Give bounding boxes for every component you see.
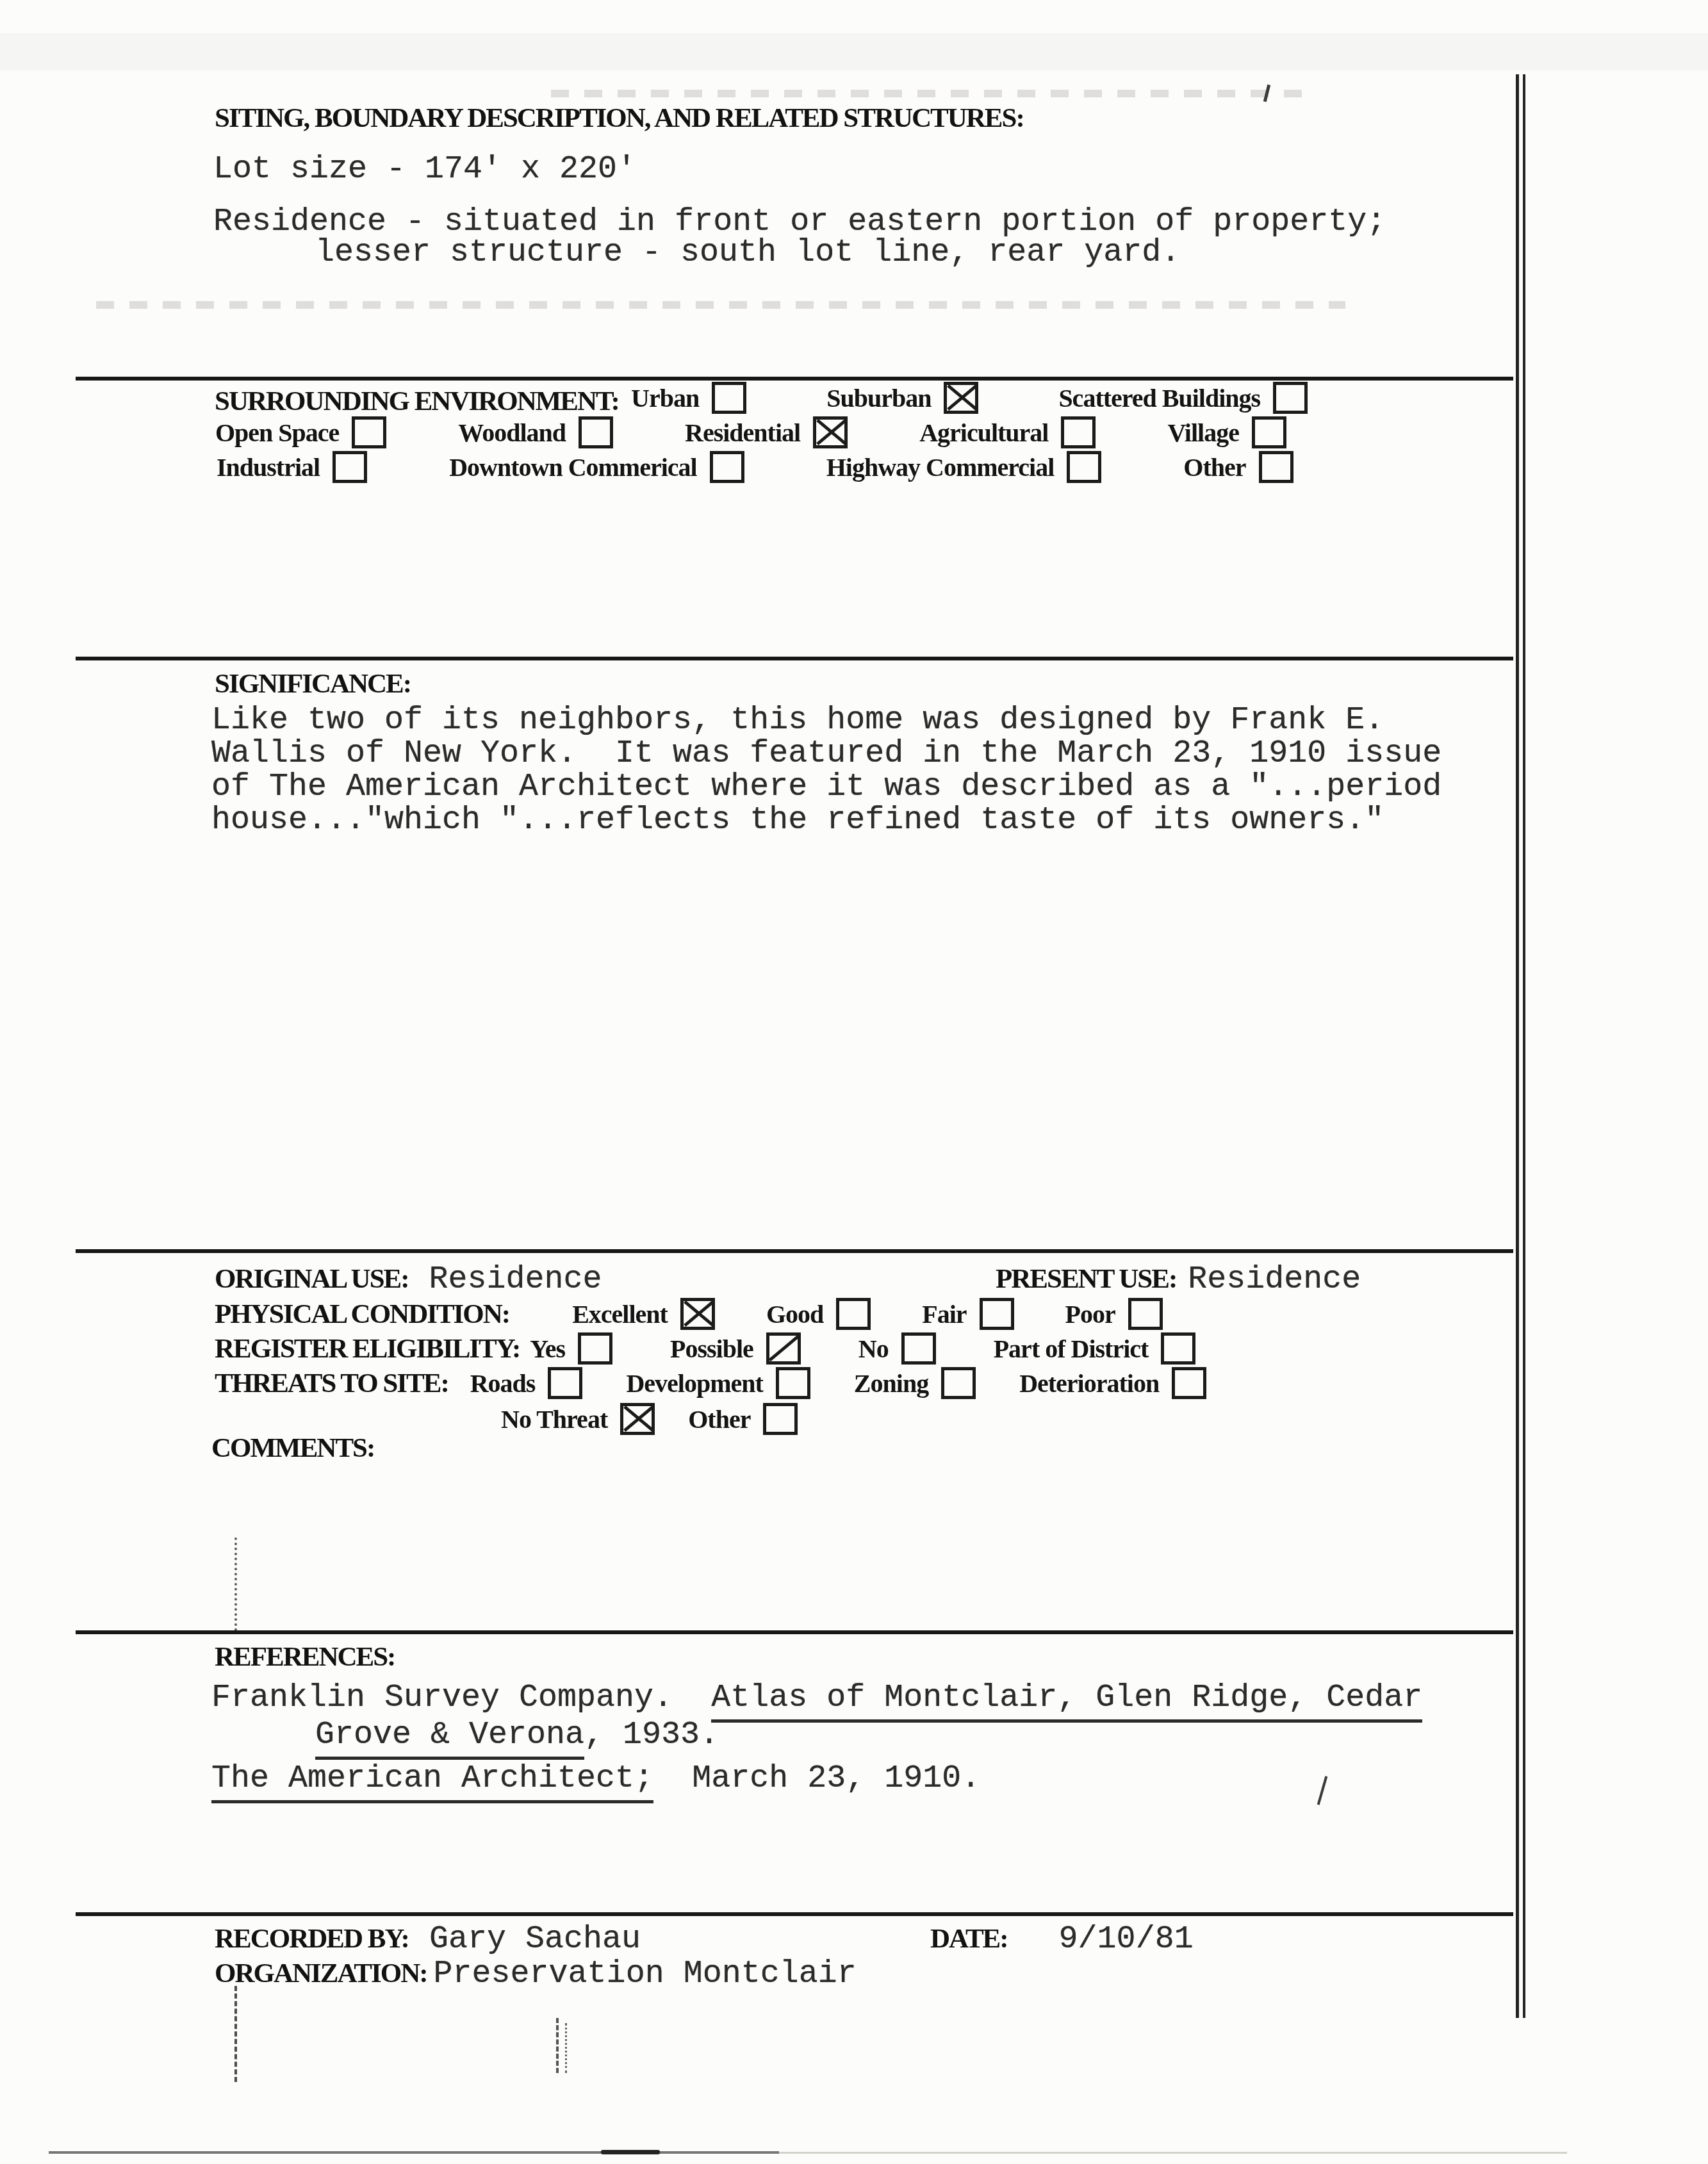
residence-entry-line1: Residence - situated in front or eastern…: [213, 206, 1386, 238]
scan-smudge: [551, 90, 1307, 97]
checkbox-option: Other: [688, 1403, 798, 1435]
checkbox-option: Village: [1167, 416, 1286, 448]
page-bottom-edge-blob: [601, 2150, 660, 2154]
checkbox-option: Open Space: [215, 416, 386, 448]
checkbox-option: Fair: [922, 1298, 1014, 1330]
reference-title-underlined: The American Architect;: [211, 1760, 653, 1803]
physical-condition-row: PHYSICAL CONDITION: ExcellentGoodFairPoo…: [215, 1298, 1163, 1330]
present-use-group: PRESENT USE: Residence: [996, 1263, 1361, 1296]
horizontal-rule: [76, 1630, 1513, 1634]
organization-label: ORGANIZATION:: [215, 1958, 427, 1989]
checkbox-option: Residential: [685, 416, 848, 448]
checkbox-option-label: Village: [1167, 418, 1239, 448]
reference-entry-2: The American Architect; March 23, 1910.: [211, 1763, 980, 1795]
checkbox-option: Suburban: [826, 382, 978, 414]
checkbox-checked[interactable]: [813, 416, 848, 448]
page-bottom-edge-faint: [779, 2152, 1567, 2154]
date-label: DATE:: [930, 1923, 1008, 1955]
checkbox-option-label: Agricultural: [919, 418, 1048, 448]
checkbox-option-label: Part of District: [994, 1334, 1149, 1364]
physical-condition-options: ExcellentGoodFairPoor: [572, 1298, 1163, 1330]
checkbox-unchecked[interactable]: [1259, 451, 1293, 483]
checkbox-option: Highway Commercial: [826, 451, 1102, 483]
organization-value: Preservation Montclair: [434, 1958, 857, 1990]
checkbox-checked[interactable]: [944, 382, 978, 414]
date-group: DATE: 9/10/81: [930, 1923, 1194, 1956]
checkbox-unchecked[interactable]: [776, 1367, 810, 1399]
checkbox-option-label: Roads: [470, 1368, 536, 1398]
checkbox-checked[interactable]: [680, 1298, 715, 1330]
scan-noise-band: [0, 33, 1708, 70]
checkbox-unchecked[interactable]: [836, 1298, 871, 1330]
checkbox-option-label: Excellent: [572, 1299, 668, 1329]
scan-artifact-dotted-line: [234, 1537, 237, 1631]
checkbox-option: No Threat: [501, 1403, 655, 1435]
checkbox-unchecked[interactable]: [333, 451, 367, 483]
siting-section-heading: SITING, BOUNDARY DESCRIPTION, AND RELATE…: [215, 102, 1024, 134]
checkbox-option-label: Possible: [670, 1334, 753, 1364]
checkbox-option-label: Development: [626, 1368, 762, 1398]
checkbox-unchecked[interactable]: [1161, 1332, 1195, 1365]
checkbox-option-label: Deterioration: [1019, 1368, 1159, 1398]
surrounding-row-2: Open SpaceWoodlandResidentialAgricultura…: [215, 416, 1286, 448]
checkbox-option: Poor: [1065, 1298, 1163, 1330]
reference-author: Franklin Survey Company.: [211, 1680, 711, 1716]
checkbox-option-label: No: [858, 1334, 889, 1364]
checkbox-option: Zoning: [854, 1367, 976, 1399]
checkbox-option: Good: [766, 1298, 871, 1330]
comments-label: COMMENTS:: [211, 1432, 374, 1464]
scan-artifact-dotted-line: [565, 2023, 567, 2073]
threats-to-site-label: THREATS TO SITE:: [215, 1368, 448, 1399]
significance-line: of The American Architect where it was d…: [211, 771, 1441, 803]
checkbox-option-label: Fair: [922, 1299, 966, 1329]
register-eligibility-label: REGISTER ELIGIBILITY:: [215, 1333, 520, 1365]
checkbox-option: Urban: [631, 382, 746, 414]
right-margin-double-line: [1516, 74, 1525, 2018]
checkbox-option-label: Scattered Buildings: [1058, 383, 1260, 413]
horizontal-rule: [76, 377, 1513, 381]
checkbox-unchecked[interactable]: [579, 416, 613, 448]
threats-options-row1: RoadsDevelopmentZoningDeterioration: [470, 1367, 1206, 1399]
scan-artifact-dashed-line: [234, 1986, 237, 2082]
recorded-by-group: RECORDED BY: Gary Sachau: [215, 1923, 641, 1956]
reference-title-underlined: Grove & Verona: [315, 1717, 584, 1760]
checkbox-unchecked[interactable]: [763, 1403, 798, 1435]
checkbox-option: Development: [626, 1367, 810, 1399]
checkbox-unchecked[interactable]: [980, 1298, 1014, 1330]
checkbox-option-label: Good: [766, 1299, 823, 1329]
scan-smudge: [96, 301, 1345, 309]
residence-entry-line2: lesser structure - south lot line, rear …: [315, 237, 1180, 269]
reference-tail: March 23, 1910.: [653, 1760, 980, 1797]
scan-artifact-dashed-line: [556, 2018, 559, 2073]
checkbox-option-label: Poor: [1065, 1299, 1115, 1329]
checkbox-unchecked[interactable]: [710, 451, 744, 483]
significance-line: Wallis of New York. It was featured in t…: [211, 738, 1441, 770]
horizontal-rule: [76, 1249, 1513, 1253]
scanned-survey-form-page: SITING, BOUNDARY DESCRIPTION, AND RELATE…: [0, 0, 1708, 2164]
scan-artifact-stray-mark: [1317, 1776, 1328, 1805]
significance-line: Like two of its neighbors, this home was…: [211, 705, 1384, 737]
reference-entry-1: Franklin Survey Company. Atlas of Montcl…: [211, 1682, 1422, 1714]
checkbox-unchecked[interactable]: [578, 1332, 612, 1365]
date-value: 9/10/81: [1059, 1924, 1194, 1956]
physical-condition-label: PHYSICAL CONDITION:: [215, 1299, 509, 1330]
checkbox-unchecked[interactable]: [1128, 1298, 1163, 1330]
reference-entry-1-continued: Grove & Verona, 1933.: [315, 1719, 719, 1751]
checkbox-option: Roads: [470, 1367, 583, 1399]
recorded-by-value: Gary Sachau: [429, 1924, 641, 1956]
checkbox-option: Scattered Buildings: [1058, 382, 1308, 414]
checkbox-option: Yes: [530, 1332, 612, 1365]
checkbox-option: Possible: [670, 1332, 801, 1365]
checkbox-option-label: Highway Commercial: [826, 452, 1055, 482]
checkbox-option-label: Urban: [631, 383, 699, 413]
lot-size-entry: Lot size - 174' x 220': [213, 154, 636, 186]
register-eligibility-row: REGISTER ELIGIBILITY: YesPossibleNoPart …: [215, 1332, 1195, 1365]
checkbox-option: Woodland: [458, 416, 613, 448]
significance-heading: SIGNIFICANCE:: [215, 668, 411, 700]
checkbox-unchecked[interactable]: [352, 416, 386, 448]
threats-to-site-row: THREATS TO SITE: RoadsDevelopmentZoningD…: [215, 1367, 1206, 1399]
checkbox-option: Agricultural: [919, 416, 1096, 448]
reference-tail: , 1933.: [584, 1717, 719, 1753]
checkbox-option: Other: [1183, 451, 1293, 483]
checkbox-unchecked[interactable]: [1172, 1367, 1206, 1399]
checkbox-option-label: Downtown Commerical: [449, 452, 697, 482]
checkbox-option: Deterioration: [1019, 1367, 1206, 1399]
checkbox-option-label: Suburban: [826, 383, 931, 413]
present-use-label: PRESENT USE:: [996, 1263, 1176, 1295]
checkbox-option-label: Other: [1183, 452, 1245, 482]
horizontal-rule: [76, 657, 1513, 660]
checkbox-option-label: Industrial: [217, 452, 320, 482]
original-use-value: Residence: [429, 1264, 602, 1296]
references-heading: REFERENCES:: [215, 1641, 395, 1673]
checkbox-option-label: Open Space: [215, 418, 339, 448]
surrounding-environment-heading: SURROUNDING ENVIRONMENT:: [215, 386, 619, 417]
original-use-label: ORIGINAL USE:: [215, 1263, 409, 1295]
organization-group: ORGANIZATION: Preservation Montclair: [215, 1958, 857, 1990]
surrounding-row-1: UrbanSuburbanScattered Buildings: [631, 382, 1308, 414]
page-bottom-edge-line: [49, 2151, 779, 2154]
significance-line: house..."which "...reflects the refined …: [211, 805, 1384, 837]
checkbox-checked[interactable]: [620, 1403, 655, 1435]
checkbox-option-label: No Threat: [501, 1404, 607, 1434]
checkbox-option: Excellent: [572, 1298, 715, 1330]
checkbox-checked[interactable]: [766, 1332, 801, 1365]
recorded-by-label: RECORDED BY:: [215, 1923, 409, 1955]
horizontal-rule: [76, 1912, 1513, 1916]
checkbox-option-label: Other: [688, 1404, 750, 1434]
original-use-group: ORIGINAL USE: Residence: [215, 1263, 602, 1296]
present-use-value: Residence: [1188, 1264, 1361, 1296]
checkbox-option-label: Residential: [685, 418, 800, 448]
checkbox-option: Industrial: [217, 451, 367, 483]
threats-options-row2: No ThreatOther: [501, 1403, 798, 1435]
surrounding-row-3: IndustrialDowntown CommericalHighway Com…: [217, 451, 1293, 483]
checkbox-option-label: Zoning: [854, 1368, 928, 1398]
register-eligibility-options: YesPossibleNoPart of District: [530, 1332, 1195, 1365]
checkbox-unchecked[interactable]: [1252, 416, 1286, 448]
checkbox-unchecked[interactable]: [1067, 451, 1101, 483]
reference-title-underlined: Atlas of Montclair, Glen Ridge, Cedar: [711, 1680, 1422, 1723]
checkbox-unchecked[interactable]: [712, 382, 746, 414]
checkbox-unchecked[interactable]: [901, 1332, 936, 1365]
checkbox-unchecked[interactable]: [941, 1367, 976, 1399]
checkbox-unchecked[interactable]: [1273, 382, 1308, 414]
checkbox-option: Downtown Commerical: [449, 451, 744, 483]
checkbox-option: Part of District: [994, 1332, 1196, 1365]
checkbox-option-label: Woodland: [458, 418, 566, 448]
checkbox-unchecked[interactable]: [548, 1367, 582, 1399]
checkbox-unchecked[interactable]: [1061, 416, 1096, 448]
checkbox-option-label: Yes: [530, 1334, 565, 1364]
checkbox-option: No: [858, 1332, 936, 1365]
